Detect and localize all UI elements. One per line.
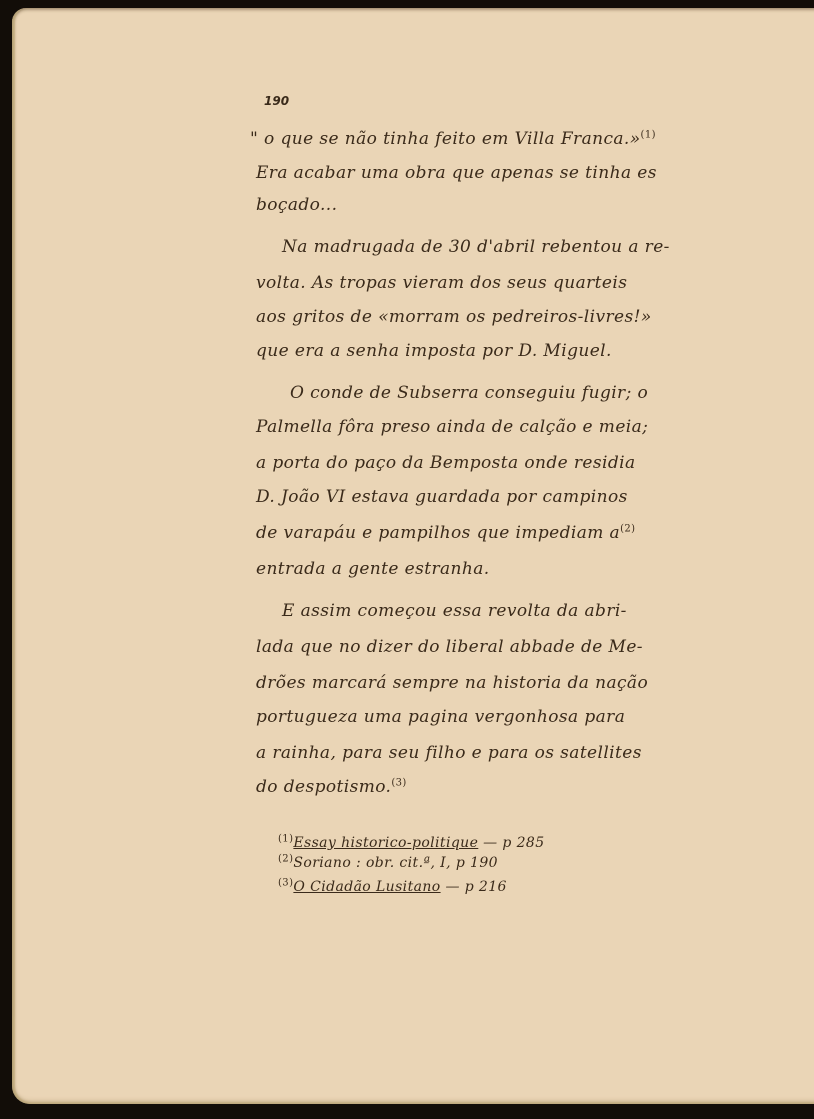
- body-line-5: volta. As tropas vieram dos seus quartei…: [256, 272, 627, 294]
- body-line-8: O conde de Subserra conseguiu fugir; o: [290, 382, 648, 404]
- footnote-ref-3: (3): [391, 777, 406, 788]
- footnote-3-source: O Cidadão Lusitano: [293, 879, 440, 895]
- footnote-1: (1)Essay historico-politique — p 285: [278, 832, 545, 854]
- footnote-3-page: — p 216: [445, 879, 506, 895]
- footnote-2-source: Soriano : obr. cit.ª, I,: [293, 855, 451, 871]
- body-line-18: a rainha, para seu filho e para os satel…: [256, 742, 642, 764]
- body-line-7: que era a senha imposta por D. Miguel.: [256, 340, 612, 362]
- footnote-3: (3)O Cidadão Lusitano — p 216: [278, 876, 507, 898]
- body-line-15: lada que no dizer do liberal abbade de M…: [256, 636, 643, 658]
- footnote-2: (2)Soriano : obr. cit.ª, I, p 190: [278, 852, 498, 874]
- footnote-ref-1: (1): [641, 129, 656, 140]
- body-line-12: de varapáu e pampilhos que impediam a(2): [256, 522, 635, 544]
- body-line-6: aos gritos de «morram os pedreiros-livre…: [256, 306, 652, 328]
- body-line-14: E assim começou essa revolta da abri-: [282, 600, 627, 622]
- body-line-9: Palmella fôra preso ainda de calção e me…: [256, 416, 648, 438]
- body-line-2: Era acabar uma obra que apenas se tinha …: [256, 162, 657, 184]
- scanned-page: 190 " o que se não tinha feito em Villa …: [0, 0, 814, 1119]
- footnote-ref-2: (2): [620, 523, 635, 534]
- footnote-1-page: — p 285: [483, 835, 544, 851]
- footnote-1-source: Essay historico-politique: [293, 835, 478, 851]
- body-line-13: entrada a gente estranha.: [256, 558, 490, 580]
- body-line-1: " o que se não tinha feito em Villa Fran…: [250, 128, 656, 150]
- body-line-3: boçado...: [256, 194, 337, 216]
- body-line-11: D. João VI estava guardada por campinos: [256, 486, 628, 508]
- body-line-16: drões marcará sempre na historia da naçã…: [256, 672, 648, 694]
- body-line-4: Na madrugada de 30 d'abril rebentou a re…: [282, 236, 670, 258]
- body-line-19: do despotismo.(3): [256, 776, 407, 798]
- body-line-17: portugueza uma pagina vergonhosa para: [256, 706, 625, 728]
- page-number: 190: [264, 94, 289, 108]
- footnote-2-page: p 190: [456, 855, 498, 871]
- body-line-10: a porta do paço da Bemposta onde residia: [256, 452, 636, 474]
